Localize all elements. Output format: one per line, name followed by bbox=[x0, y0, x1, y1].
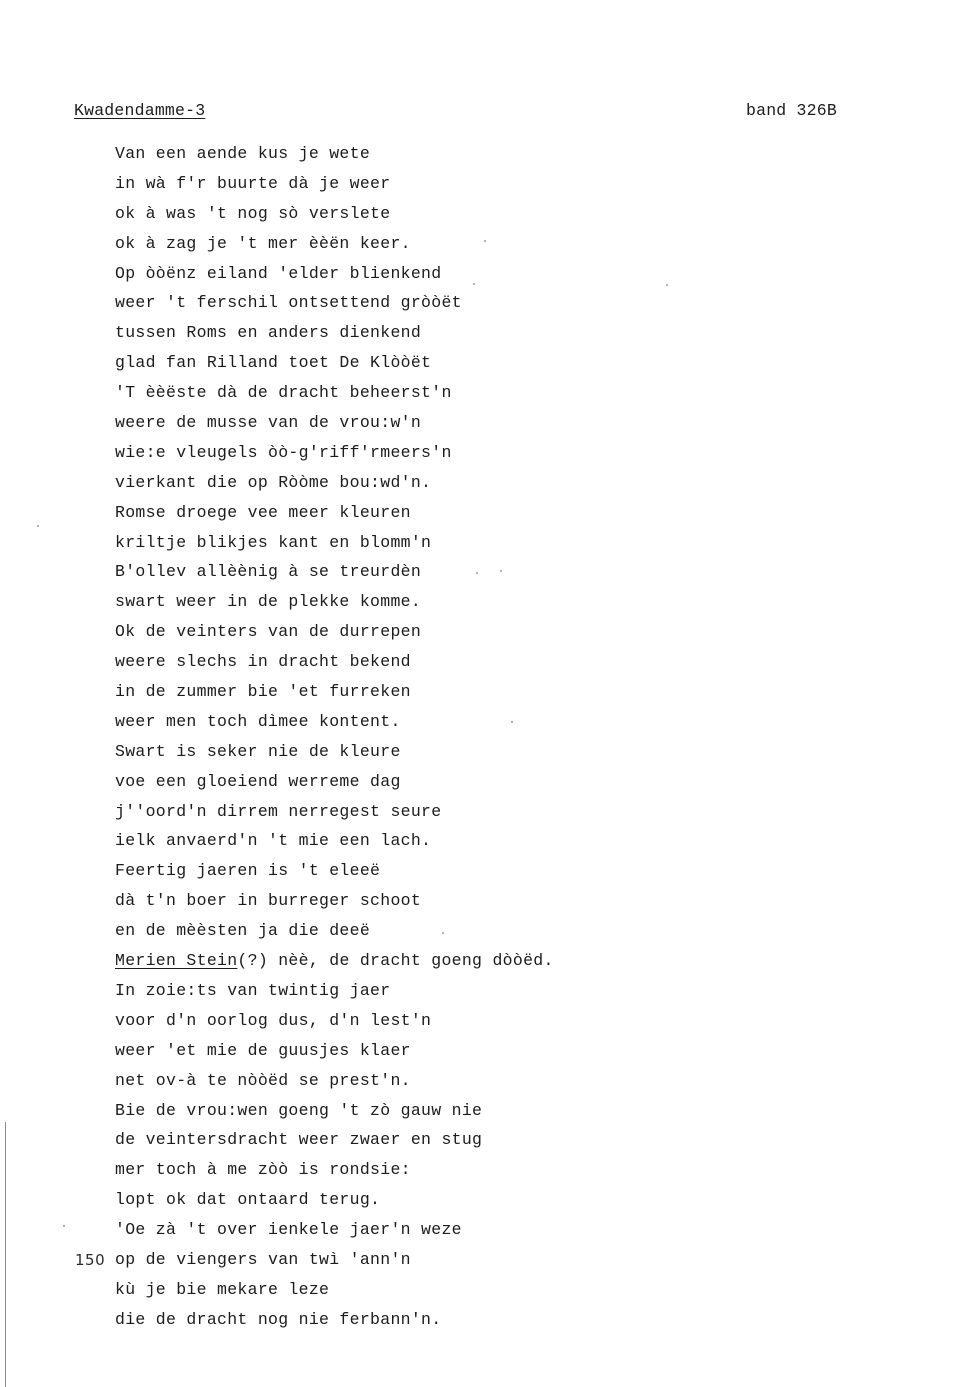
poem-line-text: weere de musse van de vrou:w'n bbox=[115, 413, 421, 432]
poem-line-text: 'Oe zà 't over ienkele jaer'n weze bbox=[115, 1220, 462, 1239]
poem-line: Feertig jaeren is 't eleeë bbox=[115, 859, 554, 889]
poem-line-text: In zoie:ts van twintig jaer bbox=[115, 981, 390, 1000]
poem-line: die de dracht nog nie ferbann'n. bbox=[115, 1308, 554, 1338]
poem-line: mer toch à me zòò is rondsie: bbox=[115, 1158, 554, 1188]
poem-line-text: Feertig jaeren is 't eleeë bbox=[115, 861, 380, 880]
poem-line: Van een aende kus je wete bbox=[115, 142, 554, 172]
underlined-name: Merien Stein bbox=[115, 951, 237, 970]
poem-line-text: in wà f'r buurte dà je weer bbox=[115, 174, 390, 193]
poem-line-text: Van een aende kus je wete bbox=[115, 144, 370, 163]
poem-line-text: in de zummer bie 'et furreken bbox=[115, 682, 411, 701]
line-number: 150 bbox=[75, 1248, 105, 1272]
poem-line-text: weer 't ferschil ontsettend gròòët bbox=[115, 293, 462, 312]
poem-line-text: net ov-à te nòòëd se prest'n. bbox=[115, 1071, 411, 1090]
poem-line: dà t'n boer in burreger schoot bbox=[115, 889, 554, 919]
poem-line-text: Bie de vrou:wen goeng 't zò gauw nie bbox=[115, 1101, 482, 1120]
scan-speck bbox=[63, 1225, 65, 1227]
poem-line-text: de veintersdracht weer zwaer en stug bbox=[115, 1130, 482, 1149]
poem-line: ok à was 't nog sò verslete bbox=[115, 202, 554, 232]
poem-line-text: dà t'n boer in burreger schoot bbox=[115, 891, 421, 910]
poem-line: voe een gloeiend werreme dag bbox=[115, 770, 554, 800]
poem-line-text: j''oord'n dirrem nerregest seure bbox=[115, 802, 441, 821]
poem-line-text: lopt ok dat ontaard terug. bbox=[115, 1190, 380, 1209]
poem-line: swart weer in de plekke komme. bbox=[115, 590, 554, 620]
poem-line: voor d'n oorlog dus, d'n lest'n bbox=[115, 1009, 554, 1039]
poem-line-text: kù je bie mekare leze bbox=[115, 1280, 329, 1299]
scan-speck bbox=[442, 932, 444, 934]
poem-line-text: Romse droege vee meer kleuren bbox=[115, 503, 411, 522]
poem-line: in de zummer bie 'et furreken bbox=[115, 680, 554, 710]
poem-line: wie:e vleugels òò-g'riff'rmeers'n bbox=[115, 441, 554, 471]
poem-line-text: weer men toch dìmee kontent. bbox=[115, 712, 401, 731]
poem-line: vierkant die op Ròòme bou:wd'n. bbox=[115, 471, 554, 501]
poem-line: lopt ok dat ontaard terug. bbox=[115, 1188, 554, 1218]
poem-line: Merien Stein(?) nèè, de dracht goeng dòò… bbox=[115, 949, 554, 979]
tape-reference: band 326B bbox=[746, 101, 837, 120]
poem-line: glad fan Rilland toet De Klòòët bbox=[115, 351, 554, 381]
poem-line-text: mer toch à me zòò is rondsie: bbox=[115, 1160, 411, 1179]
poem-line-text: ok à was 't nog sò verslete bbox=[115, 204, 390, 223]
poem-line-text: Ok de veinters van de durrepen bbox=[115, 622, 421, 641]
poem-line: ok à zag je 't mer èèën keer. bbox=[115, 232, 554, 262]
poem-line: weer 't ferschil ontsettend gròòët bbox=[115, 291, 554, 321]
poem-line-text: glad fan Rilland toet De Klòòët bbox=[115, 353, 431, 372]
poem-line: 'T èèëste dà de dracht beheerst'n bbox=[115, 381, 554, 411]
scan-speck bbox=[473, 283, 475, 285]
poem-line-text: voe een gloeiend werreme dag bbox=[115, 772, 401, 791]
poem-line: weer 'et mie de guusjes klaer bbox=[115, 1039, 554, 1069]
poem-line-text: tussen Roms en anders dienkend bbox=[115, 323, 421, 342]
poem-line-text: en de mèèsten ja die deeë bbox=[115, 921, 370, 940]
poem-line-text: swart weer in de plekke komme. bbox=[115, 592, 421, 611]
scan-speck bbox=[500, 570, 502, 572]
poem-line: In zoie:ts van twintig jaer bbox=[115, 979, 554, 1009]
poem-line-text: ok à zag je 't mer èèën keer. bbox=[115, 234, 411, 253]
poem-line: en de mèèsten ja die deeë bbox=[115, 919, 554, 949]
poem-line-text: weer 'et mie de guusjes klaer bbox=[115, 1041, 411, 1060]
poem-line: j''oord'n dirrem nerregest seure bbox=[115, 800, 554, 830]
scan-speck bbox=[511, 721, 513, 723]
poem-line: kù je bie mekare leze bbox=[115, 1278, 554, 1308]
poem-line-text: (?) nèè, de dracht goeng dòòëd. bbox=[237, 951, 553, 970]
poem-line: Ok de veinters van de durrepen bbox=[115, 620, 554, 650]
poem-line: Swart is seker nie de kleure bbox=[115, 740, 554, 770]
poem-line-text: vierkant die op Ròòme bou:wd'n. bbox=[115, 473, 431, 492]
poem-line-text: B'ollev allèènig à se treurdèn bbox=[115, 562, 421, 581]
poem-line-text: Swart is seker nie de kleure bbox=[115, 742, 401, 761]
poem-line-text: 'T èèëste dà de dracht beheerst'n bbox=[115, 383, 452, 402]
poem-line: Romse droege vee meer kleuren bbox=[115, 501, 554, 531]
poem-line: 'Oe zà 't over ienkele jaer'n weze bbox=[115, 1218, 554, 1248]
scan-speck bbox=[476, 572, 478, 574]
poem-line-text: weere slechs in dracht bekend bbox=[115, 652, 411, 671]
poem-line: weere slechs in dracht bekend bbox=[115, 650, 554, 680]
scan-speck bbox=[666, 284, 668, 286]
margin-line bbox=[5, 1122, 6, 1387]
poem-line-text: wie:e vleugels òò-g'riff'rmeers'n bbox=[115, 443, 452, 462]
scan-speck bbox=[484, 240, 486, 242]
poem-line: net ov-à te nòòëd se prest'n. bbox=[115, 1069, 554, 1099]
poem-line: 150op de viengers van twì 'ann'n bbox=[115, 1248, 554, 1278]
poem-line: ielk anvaerd'n 't mie een lach. bbox=[115, 829, 554, 859]
poem-line: kriltje blikjes kant en blomm'n bbox=[115, 531, 554, 561]
poem-line-text: voor d'n oorlog dus, d'n lest'n bbox=[115, 1011, 431, 1030]
poem-line-text: ielk anvaerd'n 't mie een lach. bbox=[115, 831, 431, 850]
scan-speck bbox=[37, 525, 39, 527]
poem-line: Op òòënz eiland 'elder blienkend bbox=[115, 262, 554, 292]
poem-line: weer men toch dìmee kontent. bbox=[115, 710, 554, 740]
poem-line-text: op de viengers van twì 'ann'n bbox=[115, 1250, 411, 1269]
document-title: Kwadendamme-3 bbox=[74, 101, 205, 120]
poem-line: weere de musse van de vrou:w'n bbox=[115, 411, 554, 441]
poem-line: B'ollev allèènig à se treurdèn bbox=[115, 560, 554, 590]
poem-line-text: Op òòënz eiland 'elder blienkend bbox=[115, 264, 441, 283]
poem-text: Van een aende kus je wetein wà f'r buurt… bbox=[115, 142, 554, 1338]
poem-line: Bie de vrou:wen goeng 't zò gauw nie bbox=[115, 1099, 554, 1129]
poem-line-text: die de dracht nog nie ferbann'n. bbox=[115, 1310, 441, 1329]
poem-line: de veintersdracht weer zwaer en stug bbox=[115, 1128, 554, 1158]
poem-line-text: kriltje blikjes kant en blomm'n bbox=[115, 533, 431, 552]
poem-line: tussen Roms en anders dienkend bbox=[115, 321, 554, 351]
poem-line: in wà f'r buurte dà je weer bbox=[115, 172, 554, 202]
